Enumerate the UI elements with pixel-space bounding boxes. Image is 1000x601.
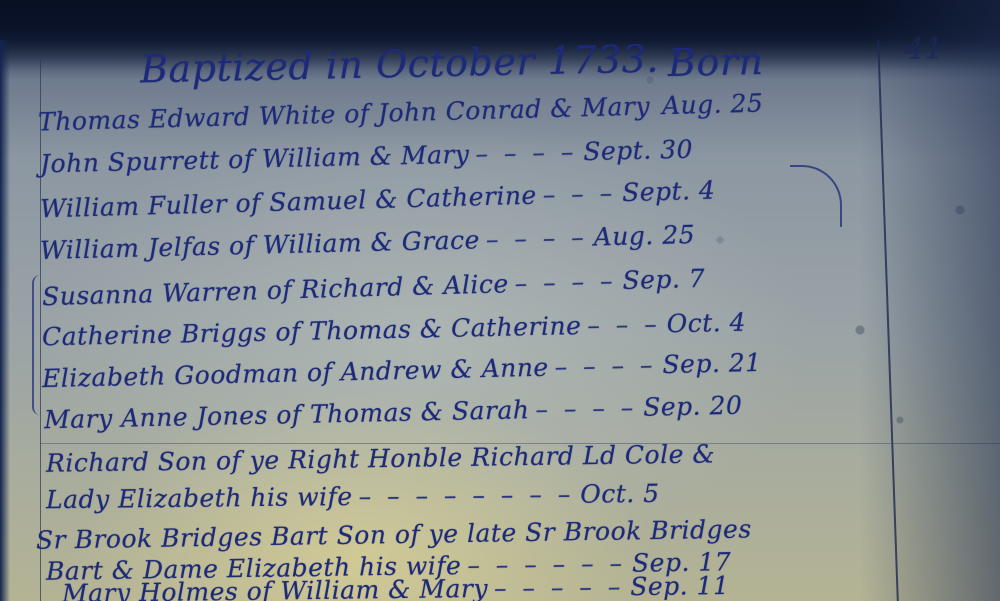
register-entry: Thomas Edward White of John Conrad & Mar… (38, 89, 764, 137)
entry-dashes: – – – (536, 178, 622, 209)
entry-born-date: Oct. 4 (666, 308, 746, 339)
entry-born-date: Aug. 25 (593, 220, 695, 251)
entry-name: Elizabeth Goodman of Andrew & Anne (42, 353, 549, 393)
entry-name: Richard Son of ye Right Honble Richard L… (46, 439, 715, 477)
register-entry: Susanna Warren of Richard & Alice – – – … (42, 264, 706, 312)
entry-dashes: – – – – – – – – (352, 480, 580, 511)
register-entry: William Jelfas of William & Grace – – – … (40, 220, 696, 265)
entry-name: Lady Elizabeth his wife (46, 482, 353, 514)
margin-flourish (790, 165, 842, 227)
entry-dashes: – – – – (548, 350, 662, 382)
entry-born-date: Sept. 30 (583, 135, 693, 166)
register-entry: Mary Anne Jones of Thomas & Sarah – – – … (44, 391, 743, 435)
born-column-heading: Born (668, 39, 764, 85)
entry-name: Mary Holmes of William & Mary (62, 574, 488, 601)
entry-name: William Fuller of Samuel & Catherine (40, 181, 537, 224)
register-entry: William Fuller of Samuel & Catherine – –… (40, 176, 716, 224)
entry-name: John Spurrett of William & Mary (40, 140, 470, 179)
register-entry: Catherine Briggs of Thomas & Catherine –… (42, 308, 747, 352)
entry-name: Susanna Warren of Richard & Alice (42, 269, 509, 311)
entry-dashes: – – – – (480, 222, 595, 254)
register-entry: Lady Elizabeth his wife – – – – – – – – … (46, 479, 660, 514)
entry-name: William Jelfas of William & Grace (40, 225, 480, 265)
entry-dashes: – – – – (508, 266, 623, 298)
entry-born-date: Sep. 20 (643, 391, 743, 422)
entry-born-date: Sep. 11 (630, 571, 729, 601)
page-edge (0, 40, 10, 601)
page-heading: Baptized in October 1733. (140, 37, 660, 92)
entry-born-date: Sept. 4 (622, 176, 716, 208)
entry-born-date: Sep. 21 (662, 348, 762, 379)
entry-dashes: – – – – (529, 393, 643, 424)
entry-dashes: – – – – – (488, 572, 631, 601)
entry-dashes: – – – (581, 309, 667, 340)
page-number: 41 (905, 32, 944, 67)
entry-born-date: Oct. 5 (580, 479, 660, 509)
entry-name: Catherine Briggs of Thomas & Catherine (42, 311, 582, 351)
entry-name: Mary Anne Jones of Thomas & Sarah (44, 395, 530, 434)
entry-born-date: Sep. 7 (622, 264, 706, 295)
register-entry: Elizabeth Goodman of Andrew & Anne – – –… (42, 348, 762, 393)
entry-born-date: Aug. 25 (662, 89, 764, 121)
register-entry: Richard Son of ye Right Honble Richard L… (46, 439, 727, 478)
entry-dashes: – – – – (469, 137, 583, 169)
right-column-rule (877, 40, 899, 601)
register-page-photo: 41 Baptized in October 1733. Born Thomas… (0, 0, 1000, 601)
entry-name: Thomas Edward White of John Conrad & Mar… (38, 91, 651, 136)
register-entry: John Spurrett of William & Mary – – – – … (40, 135, 694, 179)
